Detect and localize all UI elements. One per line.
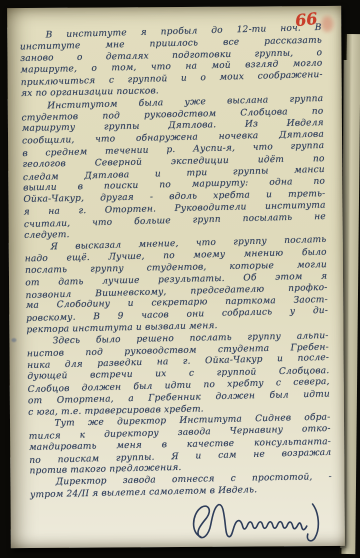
handwritten-text: В институте я пробыл до 12-ти ноч. Винст… bbox=[20, 24, 333, 503]
signature bbox=[185, 496, 335, 545]
signature-flourish-icon bbox=[185, 496, 335, 545]
photo-background: 66 В институте я пробыл до 12-ти ноч. Ви… bbox=[0, 0, 360, 558]
ink-speck bbox=[11, 338, 16, 342]
document-page: 66 В институте я пробыл до 12-ти ноч. Ви… bbox=[7, 6, 345, 548]
red-smudge bbox=[321, 16, 333, 32]
